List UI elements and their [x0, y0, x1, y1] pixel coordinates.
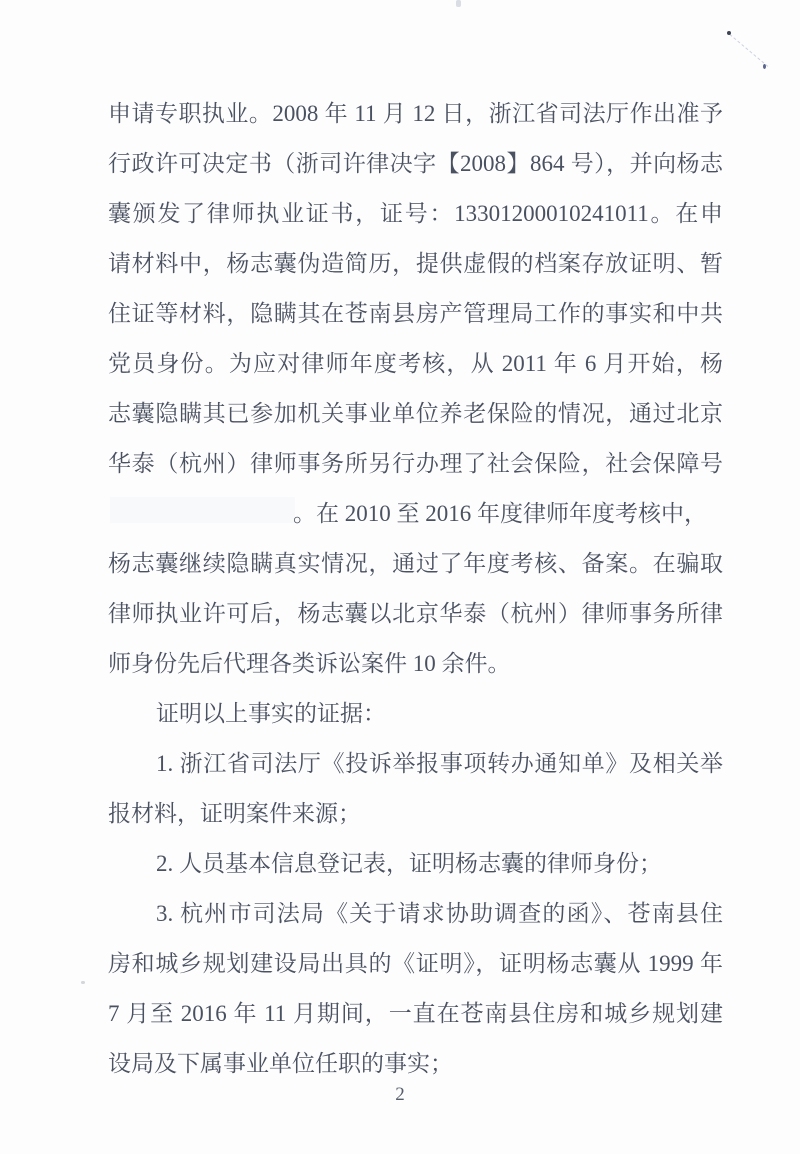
scratch-mark	[729, 34, 768, 67]
text-line: 党员身份。为应对律师年度考核，从 2011 年 6 月开始，杨	[108, 339, 723, 389]
text-line: 志囊隐瞒其已参加机关事业单位养老保险的情况，通过北京	[108, 389, 723, 439]
text-line: 住证等材料，隐瞒其在苍南县房产管理局工作的事实和中共	[108, 289, 723, 339]
text-line: 行政许可决定书（浙司许律决字【2008】864 号），并向杨志	[108, 139, 723, 189]
page-number: 2	[0, 1080, 800, 1110]
text-line: 1. 浙江省司法厅《投诉举报事项转办通知单》及相关举	[108, 739, 723, 789]
scan-speck	[81, 981, 85, 984]
text-line: 7 月至 2016 年 11 月期间，一直在苍南县住房和城乡规划建	[108, 989, 723, 1039]
scratch-dot	[727, 31, 731, 35]
text-line: 请材料中，杨志囊伪造简历，提供虚假的档案存放证明、暂	[108, 239, 723, 289]
text-line: 申请专职执业。2008 年 11 月 12 日，浙江省司法厅作出准予	[108, 89, 723, 139]
scratch-dot	[763, 64, 766, 69]
text-line: 囊颁发了律师执业证书，证号：13301200010241011。在申	[108, 189, 723, 239]
text-line: 杨志囊继续隐瞒真实情况，通过了年度考核、备案。在骗取	[108, 539, 723, 589]
text-line: 房和城乡规划建设局出具的《证明》，证明杨志囊从 1999 年	[108, 939, 723, 989]
text-line: 3. 杭州市司法局《关于请求协助调查的函》、苍南县住	[108, 889, 723, 939]
text-block: 申请专职执业。2008 年 11 月 12 日，浙江省司法厅作出准予行政许可决定…	[108, 89, 723, 1089]
text-line: 2. 人员基本信息登记表，证明杨志囊的律师身份；	[108, 839, 723, 889]
scan-speck	[456, 0, 461, 7]
text-line: 华泰（杭州）律师事务所另行办理了社会保险，社会保障号	[108, 439, 723, 489]
text-line: 。在 2010 至 2016 年度律师年度考核中，	[108, 489, 723, 539]
text-line: 报材料，证明案件来源；	[108, 789, 723, 839]
text-line: 师身份先后代理各类诉讼案件 10 余件。	[108, 639, 723, 689]
text-line: 律师执业许可后，杨志囊以北京华泰（杭州）律师事务所律	[108, 589, 723, 639]
text-line: 证明以上事实的证据：	[108, 689, 723, 739]
scanned-document-page: 申请专职执业。2008 年 11 月 12 日，浙江省司法厅作出准予行政许可决定…	[0, 0, 800, 1154]
